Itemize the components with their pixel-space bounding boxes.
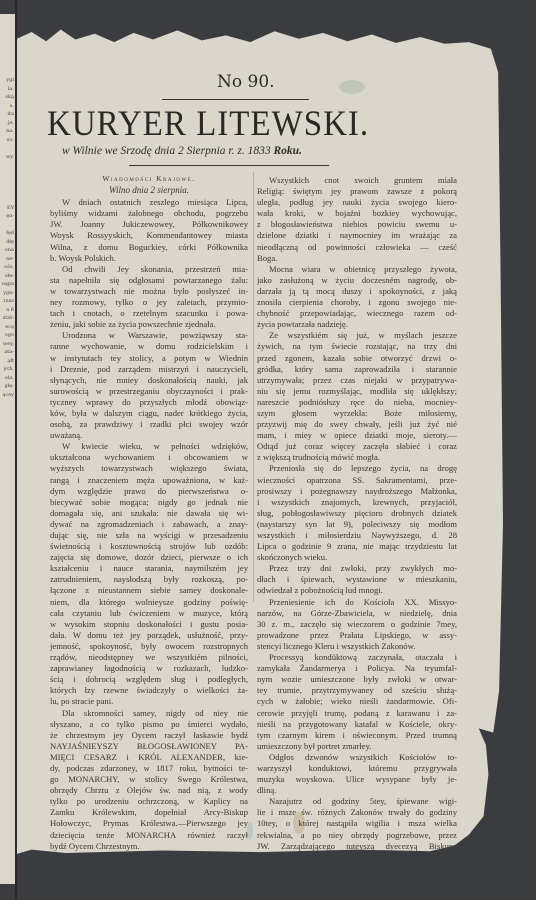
text-line: rekwialna, a po niey obrzędy pogrzebowe,… <box>257 830 457 841</box>
text-line: domagała się, ani szukała: nie dawała si… <box>50 508 248 519</box>
text-line: niem, dla którego wolnieysze godziny poś… <box>50 597 248 608</box>
text-line: sta napełniła się odgłosami powtarzanego… <box>50 275 248 286</box>
dateline-year-suffix: Roku. <box>273 145 301 157</box>
text-line: Hołowczyc, Prymas Królestwa.—Pierwszego … <box>50 818 248 829</box>
text-line: nieodłączną od powinności człowieka — cz… <box>257 242 457 253</box>
text-line: MIĘCI CESARZ i KRÓL ALEXANDER, kie- <box>50 752 248 763</box>
text-line: tey trumie, przytrzymywaney od sześciu s… <box>257 685 457 696</box>
text-line: lie i msze św. różnych Zakonów trwały do… <box>257 807 457 818</box>
text-line: znosiła cierpienia choroby, i zgonu swoj… <box>257 297 457 308</box>
text-line: nieśli na przygotowany katafal w Kościel… <box>257 719 457 730</box>
fragment-line <box>0 195 14 204</box>
text-line: dała. W domu też jey porządek, usłużność… <box>50 630 248 641</box>
adjacent-page-text: ygila.skąs.itaje.na.so. wy. EYęa- łęddłę… <box>0 14 15 399</box>
fragment-line: s. <box>0 102 14 111</box>
text-line: żeniu, jaki sobie za życia powszechnie z… <box>50 319 248 330</box>
fragment-line <box>0 187 14 196</box>
fragment-line: ołe- <box>0 272 14 281</box>
fragment-line: ską <box>0 93 14 102</box>
fragment-line: ącey <box>0 391 14 400</box>
fragment-line: ąłt <box>0 357 14 366</box>
text-line: Boga. <box>257 253 457 264</box>
text-line: tylko po urodzeniu ochrzczoną, w Kaplicy… <box>50 796 248 807</box>
text-line: muzyka woyskowa. Ulice wysypane były je- <box>257 774 457 785</box>
text-line: Ze wszystkiém się już, w myślach jeszcze <box>257 330 457 341</box>
text-line: stencyi licznego Kleru i wszystkich Zako… <box>257 641 457 652</box>
title-rule-top <box>162 99 309 100</box>
text-line: obrzędy Chrztu z Olejów św. nad nią, z w… <box>50 785 248 796</box>
text-line: zaprawianey łagodnością w rozkazach, lud… <box>50 663 248 674</box>
section-heading: Wiadomości Krajowe. <box>50 173 248 184</box>
fragment-line <box>0 178 14 187</box>
text-line: tach i cnotach, o rzetelnym szacunku i p… <box>50 308 248 319</box>
text-line: dziecięcia tenże MONARCHA również raczył <box>50 830 248 841</box>
fragment-line: ne- <box>0 255 14 264</box>
text-line: ney rozmowy, tylko o jey zaletach, przym… <box>50 297 248 308</box>
text-line: Woysk Rossyyskich, Kommendantowey miasta <box>50 230 248 241</box>
text-line: dywać na zgromadzeniach i zabawach, a zn… <box>50 519 248 530</box>
text-line: warzyszył konduktowi, któremu przygrywał… <box>257 763 457 774</box>
fragment-line: ęa- <box>0 212 14 221</box>
masthead-title: KURYER LITEWSKI. <box>47 104 369 145</box>
text-line: wieczności opatrzona SS. Sakramentami, p… <box>257 475 457 486</box>
right-article-body: Wszystkich cnot swoich gruntem miałaReli… <box>257 175 457 852</box>
text-line: jemność, spokoyność, były owocem rozstro… <box>50 641 248 652</box>
text-line: chybność przepowiadając, wiecznego razem… <box>257 308 457 319</box>
left-article-column: Wiadomości Krajowe. Wilno dnia 2 sierpni… <box>50 173 248 852</box>
fragment-line: EY <box>0 204 14 213</box>
text-line: świetnością i kosztownością strojów lub … <box>50 541 248 552</box>
text-line: w wysokim stopniu doskonałości i gustu p… <box>50 619 248 630</box>
fragment-line: wey, <box>0 340 14 349</box>
text-line: których łzy rzewne świadczyły o wielkośc… <box>50 685 248 696</box>
text-line: Odgłos dzwonów wszystkich Kościołów to- <box>257 752 457 763</box>
text-line: wszystkich i miłosierdziu Naywyższego, d… <box>257 530 457 541</box>
fragment-line <box>0 161 14 170</box>
text-line: ranne wychowanie, w domu rodzicielskim i <box>50 341 248 352</box>
text-line: Przez trzy dni zwłoki, przy zwykłych mo- <box>257 563 457 574</box>
dateline: w Wilnie we Srzodę dnia 2 Sierpnia r. z.… <box>62 145 302 157</box>
text-line: uległa, podług jey nauki życia swojego k… <box>257 197 457 208</box>
text-line: skończonych wieku. <box>257 552 457 563</box>
text-line: wała kroki, w bojaźni bozkiey wychowując… <box>257 208 457 219</box>
text-line: Od chwili Jey skonania, przestrzeń mia- <box>50 264 248 275</box>
fragment-line: wy. <box>0 153 14 162</box>
column-divider <box>253 172 254 602</box>
newspaper-page: No 90. KURYER LITEWSKI. w Wilnie we Srzo… <box>17 22 503 858</box>
text-line: rangą i znaczeniem męża upoważniona, w k… <box>50 475 248 486</box>
text-line: jako zasłużoną w życiu doczesném nagrodę… <box>257 275 457 286</box>
text-line: bydź Oycem Chrzestnym. <box>50 841 248 852</box>
text-line: z błogosławieństwa niebios powiciu swemu… <box>257 219 457 230</box>
text-line: biecywać sobie mogąca; nigdy go jednak n… <box>50 497 248 508</box>
text-line: zatrudnieniem, naysłodszą były rozkoszą,… <box>50 574 248 585</box>
text-line: nym wozie umieszczone były zwłoki w otwa… <box>257 674 457 685</box>
fragment-line <box>0 144 14 153</box>
text-line: ukształcona wychowaniem i obcowaniem w <box>50 452 248 463</box>
fragment-line: ych, <box>0 365 14 374</box>
text-line: dliną. <box>257 785 457 796</box>
title-rule-bottom <box>129 165 329 166</box>
text-line: gródka, który sama zaprowadziła i staran… <box>257 364 457 375</box>
text-line: cerowie przyjęli trumę, podaną z karawan… <box>257 708 457 719</box>
text-line: Nazajutrz od godziny 5tey, śpiewane wigi… <box>257 796 457 807</box>
text-line: utrzymywała; przez czas niejaki w przypa… <box>257 375 457 386</box>
left-article-body: W dniach ostatnich zeszłego miesiąca Lip… <box>50 197 248 852</box>
fragment-line: a 6 <box>0 306 14 315</box>
fragment-line <box>0 221 14 230</box>
text-line: Przeniosła się do lepszego życia, na dro… <box>257 463 457 474</box>
text-line: lu, po stracie pani. <box>50 696 248 707</box>
text-line: surowością w przestrzeganiu obyczayności… <box>50 386 248 397</box>
text-line: dym względzie prawo do pierwszeństwa o- <box>50 486 248 497</box>
text-line: 30 z. m., zaczęło się wieczorem o godzin… <box>257 619 457 630</box>
text-line: dłach i śpiewach, wystawione w mieszkani… <box>257 574 457 585</box>
fragment-line: so. <box>0 136 14 145</box>
text-line: cych w żałobie; wieko nieśli żandarmowie… <box>257 696 457 707</box>
text-line: Dla skromności samey, nigdy od niey nie <box>50 708 248 719</box>
text-line: w towarzystwach nie można było posłyszeć… <box>50 286 248 297</box>
ink-stain <box>339 80 365 94</box>
text-line: życia powtarzała nadzieję. <box>257 319 457 330</box>
fragment-line: łęd <box>0 229 14 238</box>
text-line: odwiedzał z pobożnością lud mnogi. <box>257 585 457 596</box>
fragment-line: ygi <box>0 76 14 85</box>
text-line: 10tey, o której nastąpiła wigilia i msza… <box>257 818 457 829</box>
text-line: W dniach ostatnich zeszłego miesiąca Lip… <box>50 197 248 208</box>
text-line: dy, podczas zdarzoney, w 1817 roku, bytn… <box>50 763 248 774</box>
text-line: Odtąd już coraz więcey zaczęła słabieć i… <box>257 441 457 452</box>
text-line: tym czarnym kirem i oświeconym. Przed tr… <box>257 730 457 741</box>
fragment-line: głę- <box>0 382 14 391</box>
fragment-line: ata- <box>0 348 14 357</box>
text-line: że chrzestnym jey Oycem raczył łaskawie … <box>50 730 248 741</box>
text-line: darzała ją tą mocą duszy i spokoyności, … <box>257 286 457 297</box>
right-article-column: Wszystkich cnot swoich gruntem miałaReli… <box>257 175 457 852</box>
text-line: nareszcie podniósłszy ręce do nieba, moc… <box>257 397 457 408</box>
issue-number: No 90. <box>217 72 275 92</box>
text-line: zajęcia się domowe, dozór dzieci, pierws… <box>50 552 248 563</box>
text-line: łączone z nieustannem siebie samey dosko… <box>50 585 248 596</box>
text-line: kształceniu i nauce starania, naymilszém… <box>50 563 248 574</box>
fragment-line: rzas <box>0 297 14 306</box>
text-line: byliśmy widzami żałobnego obchodu, pogrz… <box>50 208 248 219</box>
text-line: rządów, nieodstępney we wszystkiém pilno… <box>50 652 248 663</box>
fragment-line: ita <box>0 110 14 119</box>
text-line: przyzwij mię do swey chwały, jeśli już ż… <box>257 419 457 430</box>
text-line: go MONARCHY, w stolicy Swego Królestwa, <box>50 774 248 785</box>
fragment-line: dłę <box>0 238 14 247</box>
text-line: wyższych towarzystwach większego świata, <box>50 463 248 474</box>
fragment-line: la. <box>0 85 14 94</box>
text-line: prowadzone przez Prałata Lipskiego, w as… <box>257 630 457 641</box>
text-line: Urodzona w Warszawie, powziąwszy sta- <box>50 330 248 341</box>
text-line: sług, pobłogosławiwszy pięcioro drobnych… <box>257 508 457 519</box>
text-line: Lipca o godzinie 9 zrana, nie mając trzy… <box>257 541 457 552</box>
fragment-line: ygn- <box>0 289 14 298</box>
text-line: zamykała Żandarmerya i Policya. Na tryum… <box>257 663 457 674</box>
text-line: Przeniesienie ich do Kościoła XX. Missyo… <box>257 597 457 608</box>
text-line: NAYJAŚNIEYSZY BŁOGOSŁAWIONEY PA- <box>50 741 248 752</box>
article-subheading: Wilno dnia 2 sierpnia. <box>50 185 248 196</box>
text-line: Processyą kondüktową zaczynała, otaczała… <box>257 652 457 663</box>
text-line: ścią i dobrocią względem sług i podległy… <box>50 674 248 685</box>
text-line: dzielone dziatki i naymocniey im wrażają… <box>257 230 457 241</box>
text-line: osobą, za prawdziwy i rzadki płci swojey… <box>50 419 248 430</box>
text-line: przed zgonem, kazała sobie otworzyć drzw… <box>257 353 457 364</box>
text-line: umieszczony był portret zmarłey. <box>257 741 457 752</box>
text-line: (naystarszy syn lat 9), poleciwszy się m… <box>257 519 457 530</box>
text-line: tyczney wprawy do przyszłych młodź obowi… <box>50 397 248 408</box>
text-line: b. Woysk Polskich. <box>50 253 248 264</box>
text-line: w instytutach tey stolicy, a potym w Wie… <box>50 353 248 364</box>
text-line: Mocna wiara w obietnicę przyszłego żywot… <box>257 264 457 275</box>
text-line: JW. Zarządzającego tuteyszą dyecezyą Bis… <box>257 841 457 852</box>
text-line: słyszano, a co tylko pismo po śmierci wy… <box>50 719 248 730</box>
text-line: i Dreznie, pod zarządem mistrzyń i naucz… <box>50 364 248 375</box>
text-line: z większą trudnością mówić mogła. <box>257 452 457 463</box>
fragment-line: ecą <box>0 323 14 332</box>
fragment-line: stat- <box>0 314 14 323</box>
fragment-line: ogo <box>0 331 14 340</box>
fragment-line: ośs, <box>0 263 14 272</box>
text-line: prosiwszy i pożegnawszy naydroższego Mał… <box>257 486 457 497</box>
text-line: uważaną. <box>50 430 248 441</box>
fragment-line <box>0 170 14 179</box>
fragment-line: je. <box>0 119 14 128</box>
text-line: JW. Joanny Jukiczewowey, Półkownikowey <box>50 219 248 230</box>
fragment-line: ola, <box>0 374 14 383</box>
text-line: Zamku Królewskim, dopełniał Arcy-Biskup <box>50 807 248 818</box>
text-line: narzów, na Górze-Zbawiciela, w niedzielę… <box>257 608 457 619</box>
text-line: szym głosem wyrzekła: Boże miłosierny, <box>257 408 457 419</box>
text-line: słynących, nie mniey doskonałością nauki… <box>50 375 248 386</box>
dateline-text: w Wilnie we Srzodę dnia 2 Sierpnia r. z.… <box>62 145 271 157</box>
fragment-line: oąpa <box>0 280 14 289</box>
text-line: W kwiecie wieku, w pełności wdzięków, <box>50 441 248 452</box>
fragment-line: na. <box>0 127 14 136</box>
text-line: Wszystkich cnot swoich gruntem miała <box>257 175 457 186</box>
fragment-line: ona <box>0 246 14 255</box>
text-line: dując się, nie szła na wyścigi w przesad… <box>50 530 248 541</box>
text-line: mam, i miey w opiece dziatki moje, siero… <box>257 430 457 441</box>
binding-gutter <box>15 0 17 900</box>
text-line: niu się jemu rozmyślając, modliła się uk… <box>257 386 457 397</box>
text-line: Religią: świętym jey prawom zawsze z pok… <box>257 186 457 197</box>
text-line: ków, była w dalszym ciągu, nader krótkie… <box>50 408 248 419</box>
text-line: cała czytaniu lub ćwiczeniem w muzyce, k… <box>50 608 248 619</box>
adjacent-page-fragment: ygila.skąs.itaje.na.so. wy. EYęa- łęddłę… <box>0 14 15 884</box>
text-line: Wilna, z domu Boguckiey, córki Półkownik… <box>50 242 248 253</box>
text-line: i wszystkich znajomych, krewnych, przyja… <box>257 497 457 508</box>
text-line: żywich, na tym świecie rozstając, na trz… <box>257 341 457 352</box>
